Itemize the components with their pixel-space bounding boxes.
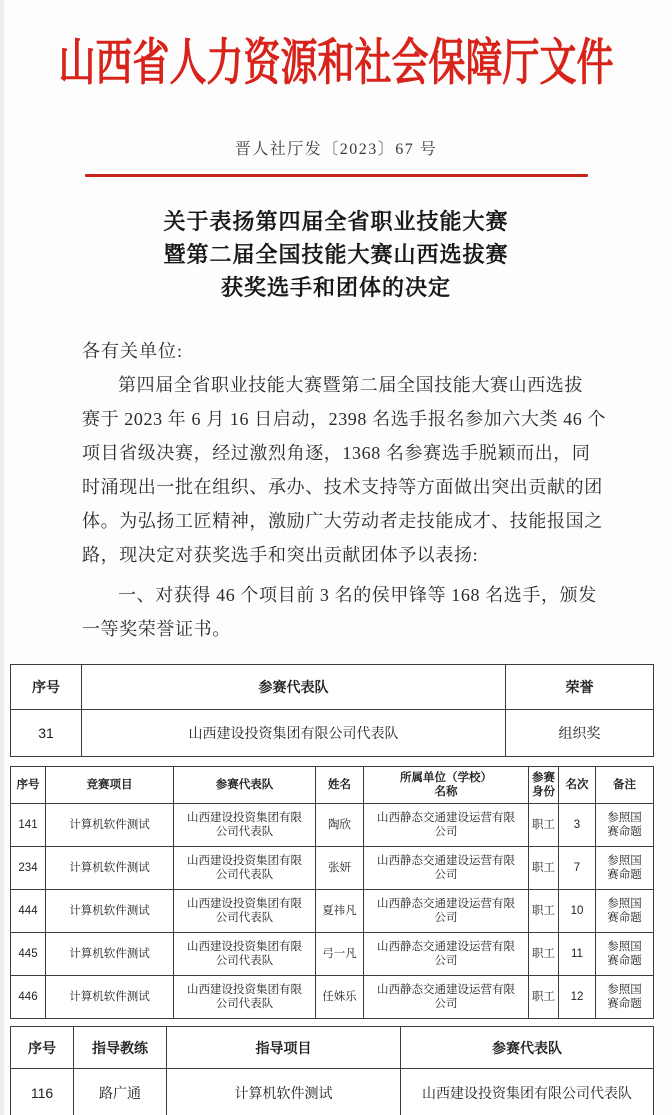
header-cell-seq: 序号 (11, 665, 82, 710)
cell-employer: 山西静态交通建设运营有限公司 (364, 890, 529, 933)
cell-employer-text: 山西静态交通建设运营有限公司 (374, 897, 518, 925)
cell-seq: 445 (11, 933, 46, 976)
cell-team: 山西建设投资集团有限公司代表队 (401, 1069, 654, 1115)
header-cell-rank: 名次 (559, 767, 596, 804)
header-cell-team: 参赛代表队 (82, 665, 506, 710)
cell-project: 计算机软件测试 (167, 1069, 401, 1115)
paragraph-1-line: 路，现决定对获奖选手和突出贡献团体予以表扬: (82, 538, 590, 572)
cell-employer: 山西静态交通建设运营有限公司 (364, 804, 529, 847)
cell-rank: 10 (559, 890, 596, 933)
cell-remark-text: 参照国赛命题 (604, 897, 644, 925)
cell-team-text: 山西建设投资集团有限公司代表队 (184, 897, 305, 925)
cell-event: 计算机软件测试 (46, 804, 174, 847)
table-row: 446 计算机软件测试 山西建设投资集团有限公司代表队 任姝乐 山西静态交通建设… (11, 976, 654, 1019)
coaches-table: 序号 指导教练 指导项目 参赛代表队 116 路广通 计算机软件测试 山西建设投… (10, 1026, 654, 1115)
cell-identity: 职工 (529, 933, 559, 976)
cell-rank: 7 (559, 847, 596, 890)
cell-remark: 参照国赛命题 (596, 976, 654, 1019)
header-cell-employer-text: 所属单位（学校）名称 (397, 771, 495, 799)
cell-remark-text: 参照国赛命题 (604, 854, 644, 882)
paragraph-1-line: 第四届全省职业技能大赛暨第二届全国技能大赛山西选拔 (82, 368, 590, 402)
cell-team-text: 山西建设投资集团有限公司代表队 (184, 983, 305, 1011)
cell-remark-text: 参照国赛命题 (604, 983, 644, 1011)
table-header-row: 序号 参赛代表队 荣誉 (11, 665, 654, 710)
red-divider-line (85, 174, 588, 177)
header-cell-identity: 参赛身份 (529, 767, 559, 804)
cell-team: 山西建设投资集团有限公司代表队 (174, 933, 316, 976)
cell-remark: 参照国赛命题 (596, 847, 654, 890)
document-title-line-2: 暨第二届全国技能大赛山西选拔赛 (0, 238, 672, 271)
header-cell-seq: 序号 (11, 767, 46, 804)
cell-remark: 参照国赛命题 (596, 804, 654, 847)
cell-rank: 11 (559, 933, 596, 976)
cell-event: 计算机软件测试 (46, 976, 174, 1019)
cell-employer: 山西静态交通建设运营有限公司 (364, 933, 529, 976)
paragraph-1: 第四届全省职业技能大赛暨第二届全国技能大赛山西选拔 赛于 2023 年 6 月 … (82, 368, 590, 572)
cell-name: 陶欣 (316, 804, 364, 847)
paragraph-1-line: 赛于 2023 年 6 月 16 日启动，2398 名选手报名参加六大类 46 … (82, 402, 590, 436)
cell-remark: 参照国赛命题 (596, 933, 654, 976)
table-row: 31 山西建设投资集团有限公司代表队 组织奖 (11, 710, 654, 757)
header-cell-event: 竞赛项目 (46, 767, 174, 804)
cell-employer-text: 山西静态交通建设运营有限公司 (374, 983, 518, 1011)
table-row: 445 计算机软件测试 山西建设投资集团有限公司代表队 弓一凡 山西静态交通建设… (11, 933, 654, 976)
cell-rank: 12 (559, 976, 596, 1019)
letterhead-title: 山西省人力资源和社会保障厅文件 (59, 22, 614, 95)
cell-team-text: 山西建设投资集团有限公司代表队 (184, 811, 305, 839)
document-number: 晋人社厅发〔2023〕67 号 (0, 136, 672, 158)
cell-remark-text: 参照国赛命题 (604, 811, 644, 839)
cell-remark: 参照国赛命题 (596, 890, 654, 933)
paragraph-2: 一、对获得 46 个项目前 3 名的侯甲锋等 168 名选手，颁发 一等奖荣誉证… (82, 578, 590, 646)
header-cell-honor: 荣誉 (506, 665, 654, 710)
cell-identity: 职工 (529, 890, 559, 933)
table-row: 234 计算机软件测试 山西建设投资集团有限公司代表队 张妍 山西静态交通建设运… (11, 847, 654, 890)
paragraph-1-line: 体。为弘扬工匠精神，激励广大劳动者走技能成才、技能报国之 (82, 504, 590, 538)
cell-seq: 31 (11, 710, 82, 757)
document-title: 关于表扬第四届全省职业技能大赛 暨第二届全国技能大赛山西选拔赛 获奖选手和团体的… (0, 205, 672, 304)
cell-employer-text: 山西静态交通建设运营有限公司 (374, 811, 518, 839)
header-cell-seq: 序号 (11, 1027, 74, 1069)
cell-seq: 116 (11, 1069, 74, 1115)
paragraph-1-line: 时涌现出一批在组织、承办、技术支持等方面做出突出贡献的团 (82, 470, 590, 504)
table-header-row: 序号 竞赛项目 参赛代表队 姓名 所属单位（学校）名称 参赛身份 名次 备注 (11, 767, 654, 804)
scanned-official-document: { "page": { "header_title": "山西省人力资源和社会保… (0, 0, 672, 1115)
cell-seq: 234 (11, 847, 46, 890)
cell-name: 夏祎凡 (316, 890, 364, 933)
header-cell-team: 参赛代表队 (401, 1027, 654, 1069)
cell-name: 张妍 (316, 847, 364, 890)
cell-seq: 446 (11, 976, 46, 1019)
cell-team-text: 山西建设投资集团有限公司代表队 (184, 940, 305, 968)
header-cell-name: 姓名 (316, 767, 364, 804)
winners-table: 序号 竞赛项目 参赛代表队 姓名 所属单位（学校）名称 参赛身份 名次 备注 1… (10, 766, 654, 1019)
cell-team: 山西建设投资集团有限公司代表队 (174, 890, 316, 933)
header-cell-remark: 备注 (596, 767, 654, 804)
document-page: 山西省人力资源和社会保障厅文件 晋人社厅发〔2023〕67 号 关于表扬第四届全… (0, 26, 672, 1115)
cell-team: 山西建设投资集团有限公司代表队 (174, 976, 316, 1019)
cell-coach: 路广通 (74, 1069, 167, 1115)
cell-employer-text: 山西静态交通建设运营有限公司 (374, 854, 518, 882)
header-cell-project: 指导项目 (167, 1027, 401, 1069)
cell-remark-text: 参照国赛命题 (604, 940, 644, 968)
table-header-row: 序号 指导教练 指导项目 参赛代表队 (11, 1027, 654, 1069)
header-cell-coach: 指导教练 (74, 1027, 167, 1069)
paragraph-2-line: 一等奖荣誉证书。 (82, 612, 590, 646)
cell-employer-text: 山西静态交通建设运营有限公司 (374, 940, 518, 968)
cell-team-text: 山西建设投资集团有限公司代表队 (184, 854, 305, 882)
cell-identity: 职工 (529, 804, 559, 847)
header-cell-employer: 所属单位（学校）名称 (364, 767, 529, 804)
cell-event: 计算机软件测试 (46, 847, 174, 890)
cell-name: 任姝乐 (316, 976, 364, 1019)
table-row: 444 计算机软件测试 山西建设投资集团有限公司代表队 夏祎凡 山西静态交通建设… (11, 890, 654, 933)
cell-employer: 山西静态交通建设运营有限公司 (364, 976, 529, 1019)
paragraph-2-line: 一、对获得 46 个项目前 3 名的侯甲锋等 168 名选手，颁发 (82, 578, 590, 612)
table-row: 141 计算机软件测试 山西建设投资集团有限公司代表队 陶欣 山西静态交通建设运… (11, 804, 654, 847)
cell-event: 计算机软件测试 (46, 890, 174, 933)
cell-employer: 山西静态交通建设运营有限公司 (364, 847, 529, 890)
cell-seq: 444 (11, 890, 46, 933)
cell-identity: 职工 (529, 976, 559, 1019)
letterhead: 山西省人力资源和社会保障厅文件 (0, 26, 672, 90)
cell-team: 山西建设投资集团有限公司代表队 (174, 804, 316, 847)
cell-honor: 组织奖 (506, 710, 654, 757)
table-row: 116 路广通 计算机软件测试 山西建设投资集团有限公司代表队 (11, 1069, 654, 1115)
header-cell-team: 参赛代表队 (174, 767, 316, 804)
cell-name: 弓一凡 (316, 933, 364, 976)
document-title-line-1: 关于表扬第四届全省职业技能大赛 (0, 205, 672, 238)
cell-team: 山西建设投资集团有限公司代表队 (174, 847, 316, 890)
cell-event: 计算机软件测试 (46, 933, 174, 976)
organization-award-table: 序号 参赛代表队 荣誉 31 山西建设投资集团有限公司代表队 组织奖 (10, 664, 654, 757)
cell-identity: 职工 (529, 847, 559, 890)
document-body: 各有关单位: 第四届全省职业技能大赛暨第二届全国技能大赛山西选拔 赛于 2023… (82, 340, 590, 646)
document-title-line-3: 获奖选手和团体的决定 (0, 271, 672, 304)
cell-seq: 141 (11, 804, 46, 847)
paragraph-1-line: 项目省级决赛，经过激烈角逐，1368 名参赛选手脱颖而出，同 (82, 436, 590, 470)
cell-team: 山西建设投资集团有限公司代表队 (82, 710, 506, 757)
salutation: 各有关单位: (82, 340, 590, 362)
cell-rank: 3 (559, 804, 596, 847)
